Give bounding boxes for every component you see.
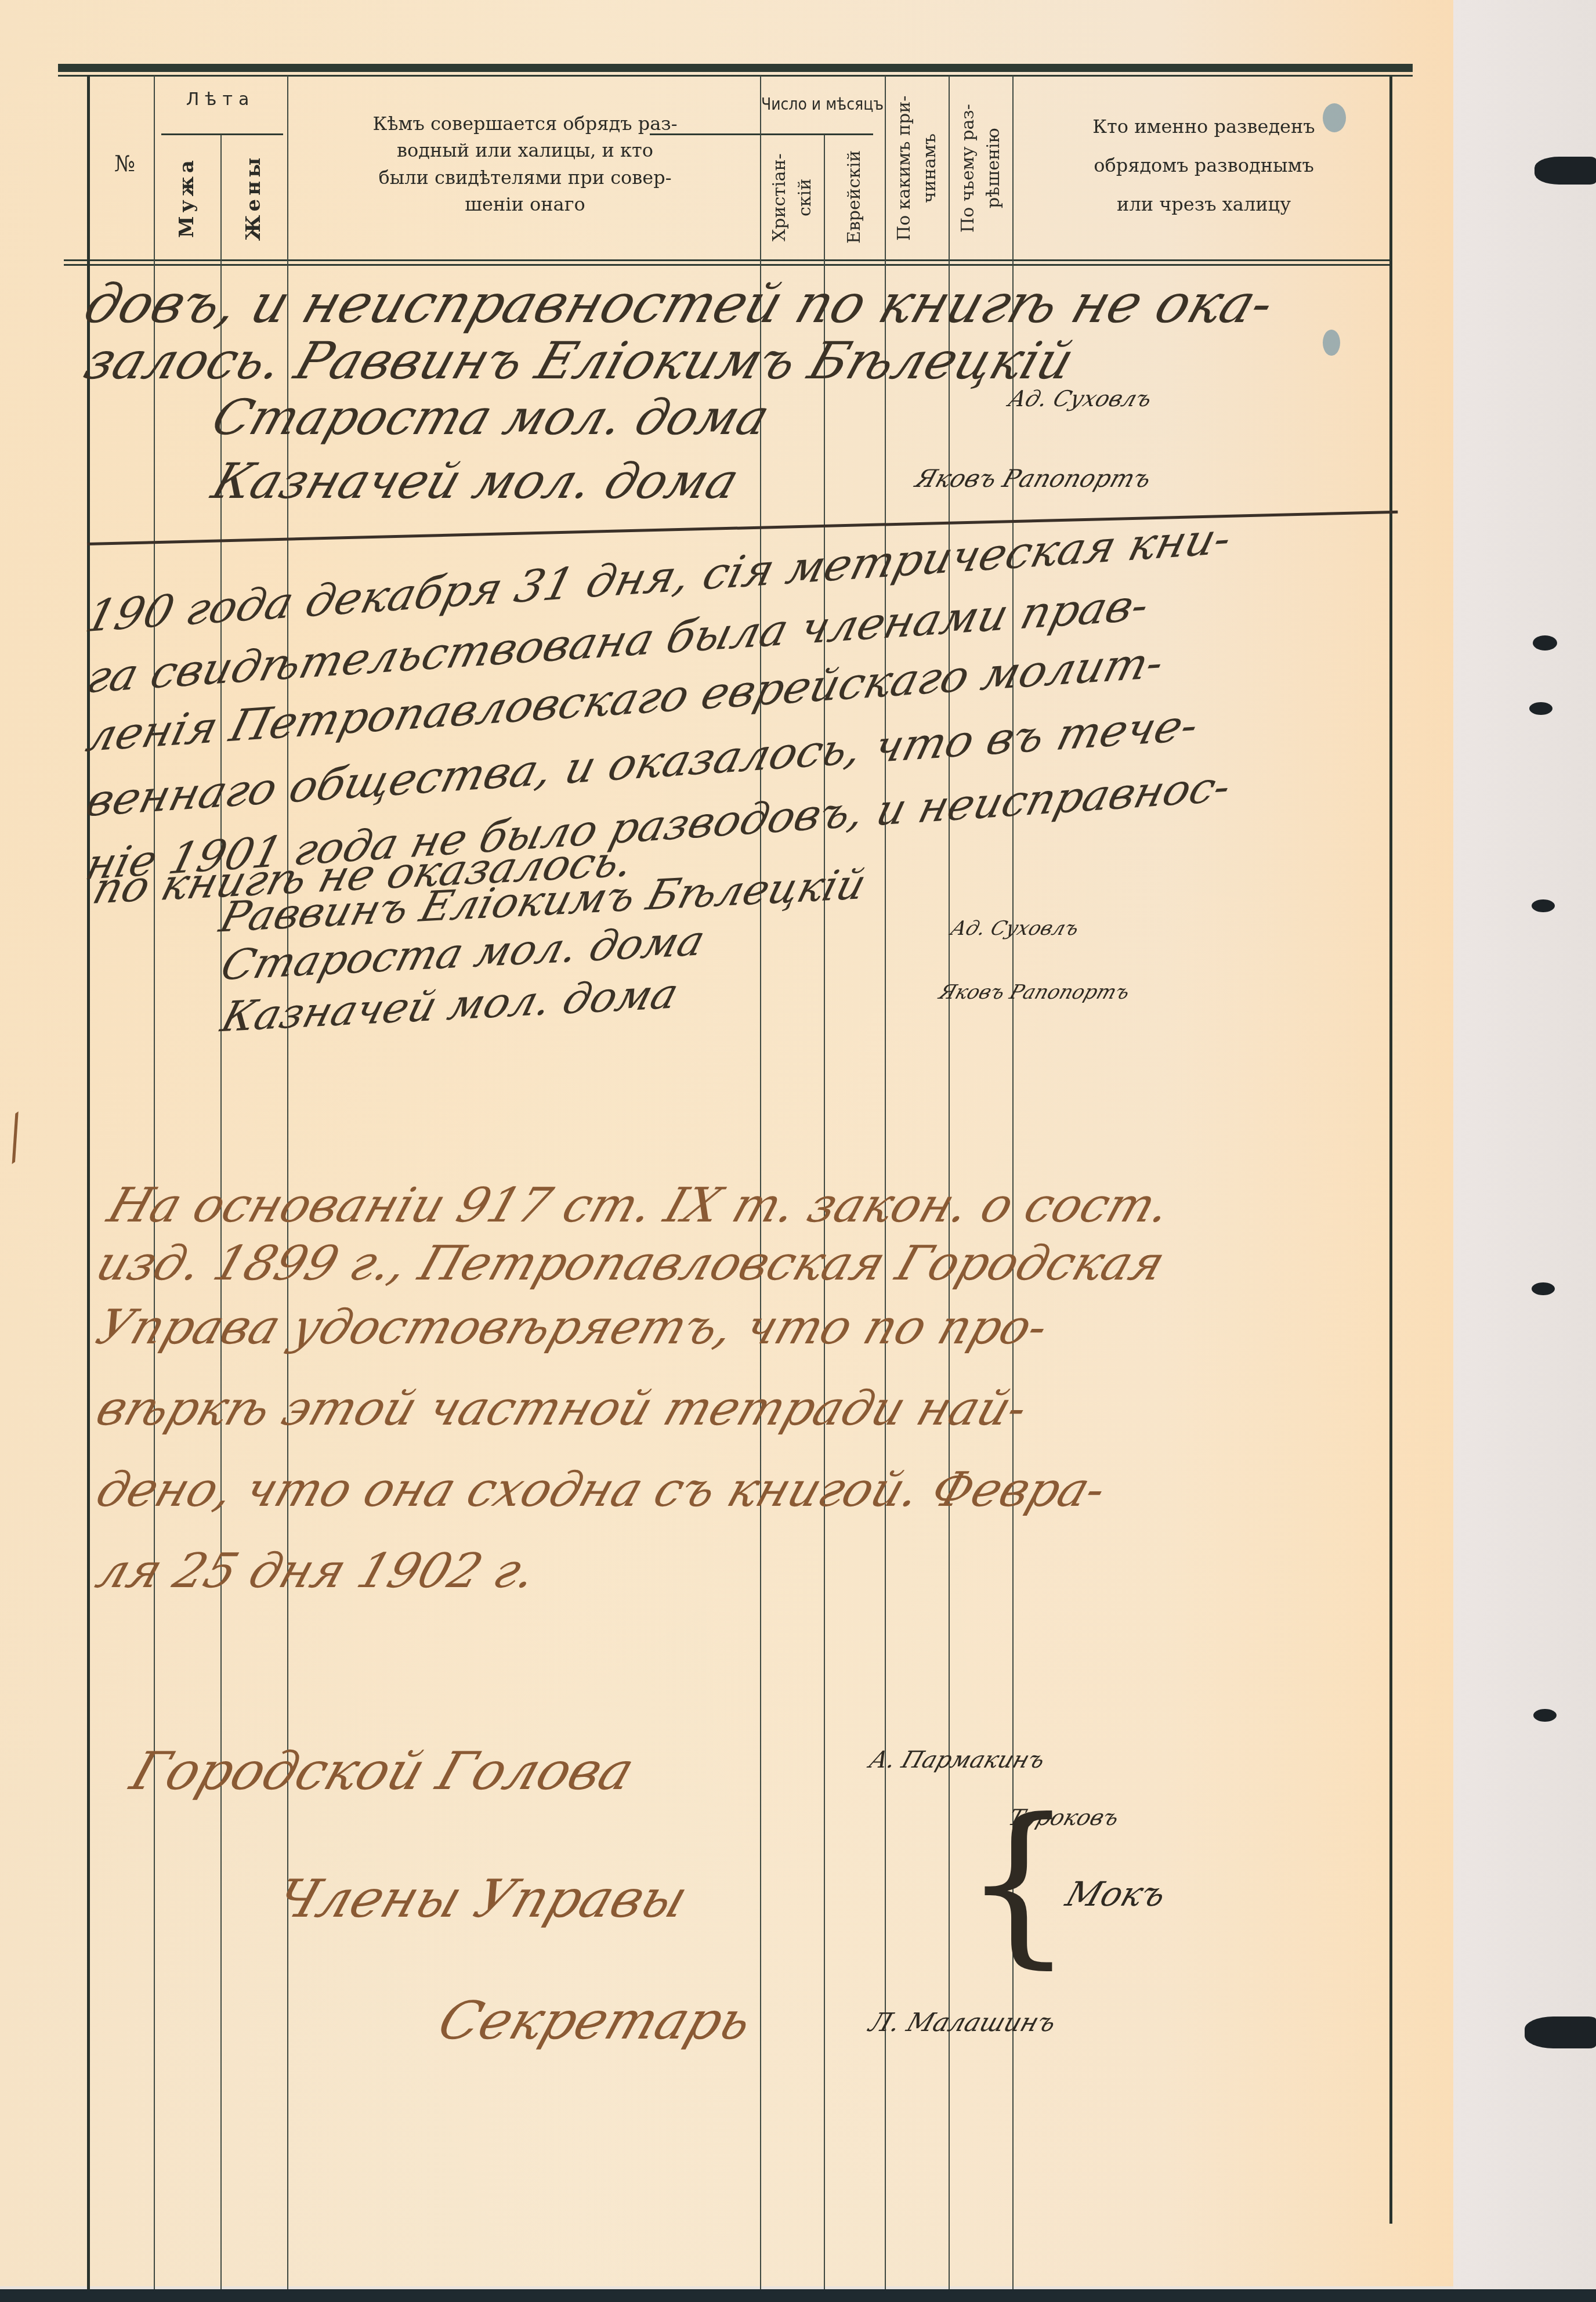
ages-group-rule — [161, 133, 283, 135]
signature: Л. Малашинъ — [866, 2008, 1060, 2037]
signature: Ад. Суховлъ — [948, 917, 1082, 940]
header-number: № — [102, 148, 148, 180]
header-date-christian: Христіан-скій — [762, 139, 823, 255]
header-who-line: или чрезъ халицу — [1021, 185, 1387, 224]
entry-line: залось. Раввинъ Еліокимъ Бѣлецкій — [77, 331, 1081, 391]
entry-line: довъ, и неисправностей по книгѣ не ока- — [77, 273, 1282, 335]
header-officiant-line: шеніи онаго — [293, 191, 757, 218]
header-who-line: обрядомъ разводнымъ — [1021, 146, 1387, 185]
left-border — [87, 75, 90, 2292]
binding-hole — [1532, 899, 1555, 912]
header-decision: По чьему раз-рѣшенію — [950, 81, 1011, 255]
right-border — [1389, 77, 1392, 2224]
ink-stain — [1323, 330, 1340, 356]
header-reasons: По какимъ при-чинамъ — [886, 81, 947, 255]
entry-signature-line: Староста мол. дома — [205, 389, 776, 446]
header-bottom-rule — [64, 259, 1392, 261]
binding-hole — [1535, 157, 1596, 185]
certification-line: дено, что она сходна съ книгой. Февра- — [90, 1462, 1113, 1517]
certification-line: На основаніи 917 ст. IX т. закон. о сост… — [102, 1178, 1178, 1233]
signature: А. Пармакинъ — [866, 1747, 1049, 1773]
entry-signature-line: Казначей мол. дома — [205, 453, 746, 509]
binding-hole — [1533, 1709, 1557, 1722]
certification-line: Управа удостовѣряетъ, что по про- — [90, 1300, 1055, 1355]
header-officiant-line: были свидѣтелями при совер- — [293, 164, 757, 191]
signature: Яковъ Рапопортъ — [912, 464, 1155, 493]
header-officiant: Кѣмъ совершается обрядъ раз- водный или … — [293, 110, 757, 218]
margin-mark: ⁄ — [0, 1111, 37, 1166]
certification-line: изд. 1899 г., Петропавловская Городская — [90, 1236, 1172, 1291]
brace: { — [963, 1781, 1074, 1984]
header-officiant-line: водный или халицы, и кто — [293, 137, 757, 164]
certification-line: ля 25 дня 1902 г. — [90, 1544, 544, 1599]
certification-line: вѣркѣ этой частной тетради най- — [90, 1381, 1034, 1436]
header-ages-group: Лѣта — [157, 87, 284, 113]
signature: Яковъ Рапопортъ — [936, 981, 1133, 1004]
binding-hole — [1525, 2016, 1596, 2048]
top-thick-rule — [58, 64, 1413, 72]
register-page: № Лѣта Мужа Жены Кѣмъ совершается обрядъ… — [0, 0, 1453, 2286]
binding-hole — [1529, 702, 1552, 715]
ink-stain — [1323, 103, 1346, 132]
top-thin-rule — [58, 75, 1413, 77]
header-ages-wife: Жены — [222, 139, 286, 255]
header-ages-husband: Мужа — [155, 139, 219, 255]
signature-title: Члены Управы — [269, 1869, 695, 1929]
binding-hole — [1532, 1282, 1555, 1295]
signature: Мокъ — [1061, 1874, 1171, 1914]
binding-hole — [1533, 635, 1557, 651]
header-bottom-rule-2 — [64, 264, 1392, 266]
header-officiant-line: Кѣмъ совершается обрядъ раз- — [293, 110, 757, 137]
header-date-group: Число и мѣсяцъ — [760, 93, 885, 117]
signature: Ад. Суховлъ — [1005, 386, 1155, 411]
signature-title: Секретарь — [431, 1990, 759, 2051]
scan-bottom-edge — [0, 2289, 1596, 2302]
backing-sheet — [1453, 0, 1596, 2302]
signature-title: Городской Голова — [124, 1741, 642, 1802]
header-date-jewish: Еврейскій — [826, 139, 884, 255]
